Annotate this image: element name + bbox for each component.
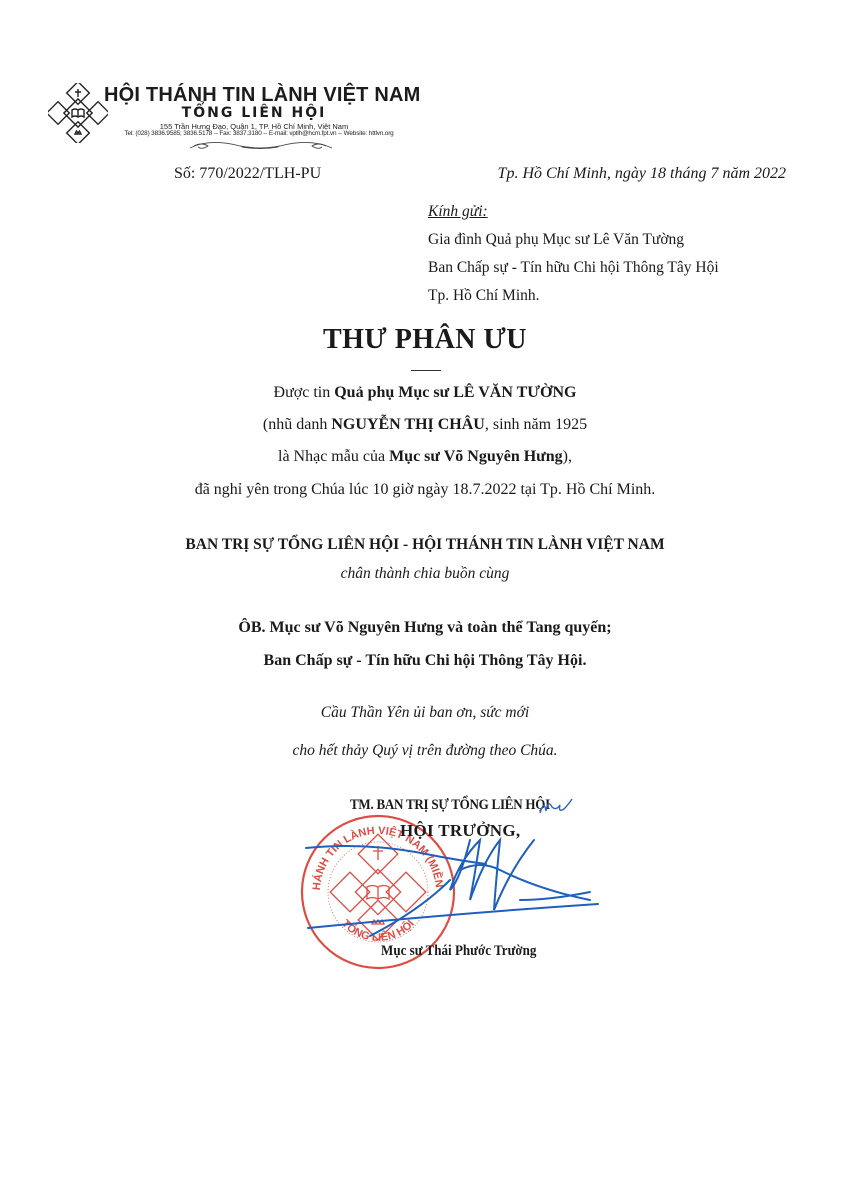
document-title: THƯ PHÂN ƯU [0,324,850,356]
body-line-maiden-name: (nhũ danh NGUYỄN THỊ CHÂU, sinh năm 1925 [0,416,850,434]
recipients-block: Kính gửi: Gia đình Quả phụ Mục sư Lê Văn… [428,198,719,310]
sender-organization: BAN TRỊ SỰ TỔNG LIÊN HỘI - HỘI THÁNH TIN… [0,536,850,554]
church-cross-book-emblem-icon [48,83,108,143]
organization-contact: Tel: (028) 3836.9585; 3836.5178 -- Fax: … [103,130,415,137]
body-text: Được tin [274,384,335,401]
body-line-passing: đã nghỉ yên trong Chúa lúc 10 giờ ngày 1… [0,481,850,499]
condolence-phrase: chân thành chia buồn cùng [0,565,850,583]
document-reference-number: Số: 770/2022/TLH-PU [174,165,321,183]
salutation: Kính gửi: [428,198,719,226]
flourish-divider-icon [180,139,340,153]
related-pastor-name: Mục sư Võ Nguyên Hưng [389,448,563,465]
recipient-line: Gia đình Quả phụ Mục sư Lê Văn Tường [428,226,719,254]
body-text: (nhũ danh [263,416,331,433]
maiden-name: NGUYỄN THỊ CHÂU [331,416,485,433]
signer-name: Mục sư Thái Phước Trường [381,943,536,960]
body-line-announcement: Được tin Quả phụ Mục sư LÊ VĂN TƯỜNG [0,384,850,402]
body-text: là Nhạc mẫu của [278,448,389,465]
place-and-date: Tp. Hồ Chí Minh, ngày 18 tháng 7 năm 202… [498,165,786,183]
body-text: ), [563,448,572,465]
prayer-line: cho hết thảy Quý vị trên đường theo Chúa… [0,742,850,760]
prayer-line: Cầu Thần Yên ủi ban ơn, sức mới [0,704,850,722]
recipient-line: Ban Chấp sự - Tín hữu Chi hội Thông Tây … [428,254,719,282]
church-emblem-logo [48,83,108,143]
body-text: , sinh năm 1925 [485,416,587,433]
recipient-line: Tp. Hồ Chí Minh. [428,282,719,310]
sub-organization-name: TỔNG LIÊN HỘI [104,105,404,121]
body-line-relation: là Nhạc mẫu của Mục sư Võ Nguyên Hưng), [0,448,850,466]
deceased-title-name: Quả phụ Mục sư LÊ VĂN TƯỜNG [334,384,576,401]
addressee-line: Ban Chấp sự - Tín hữu Chi hội Thông Tây … [0,652,850,670]
title-divider [411,370,441,371]
handwritten-signature-icon [300,810,600,950]
organization-name: HỘI THÁNH TIN LÀNH VIỆT NAM [104,84,421,107]
addressee-line: ÔB. Mục sư Võ Nguyên Hưng và toàn thể Ta… [0,619,850,637]
